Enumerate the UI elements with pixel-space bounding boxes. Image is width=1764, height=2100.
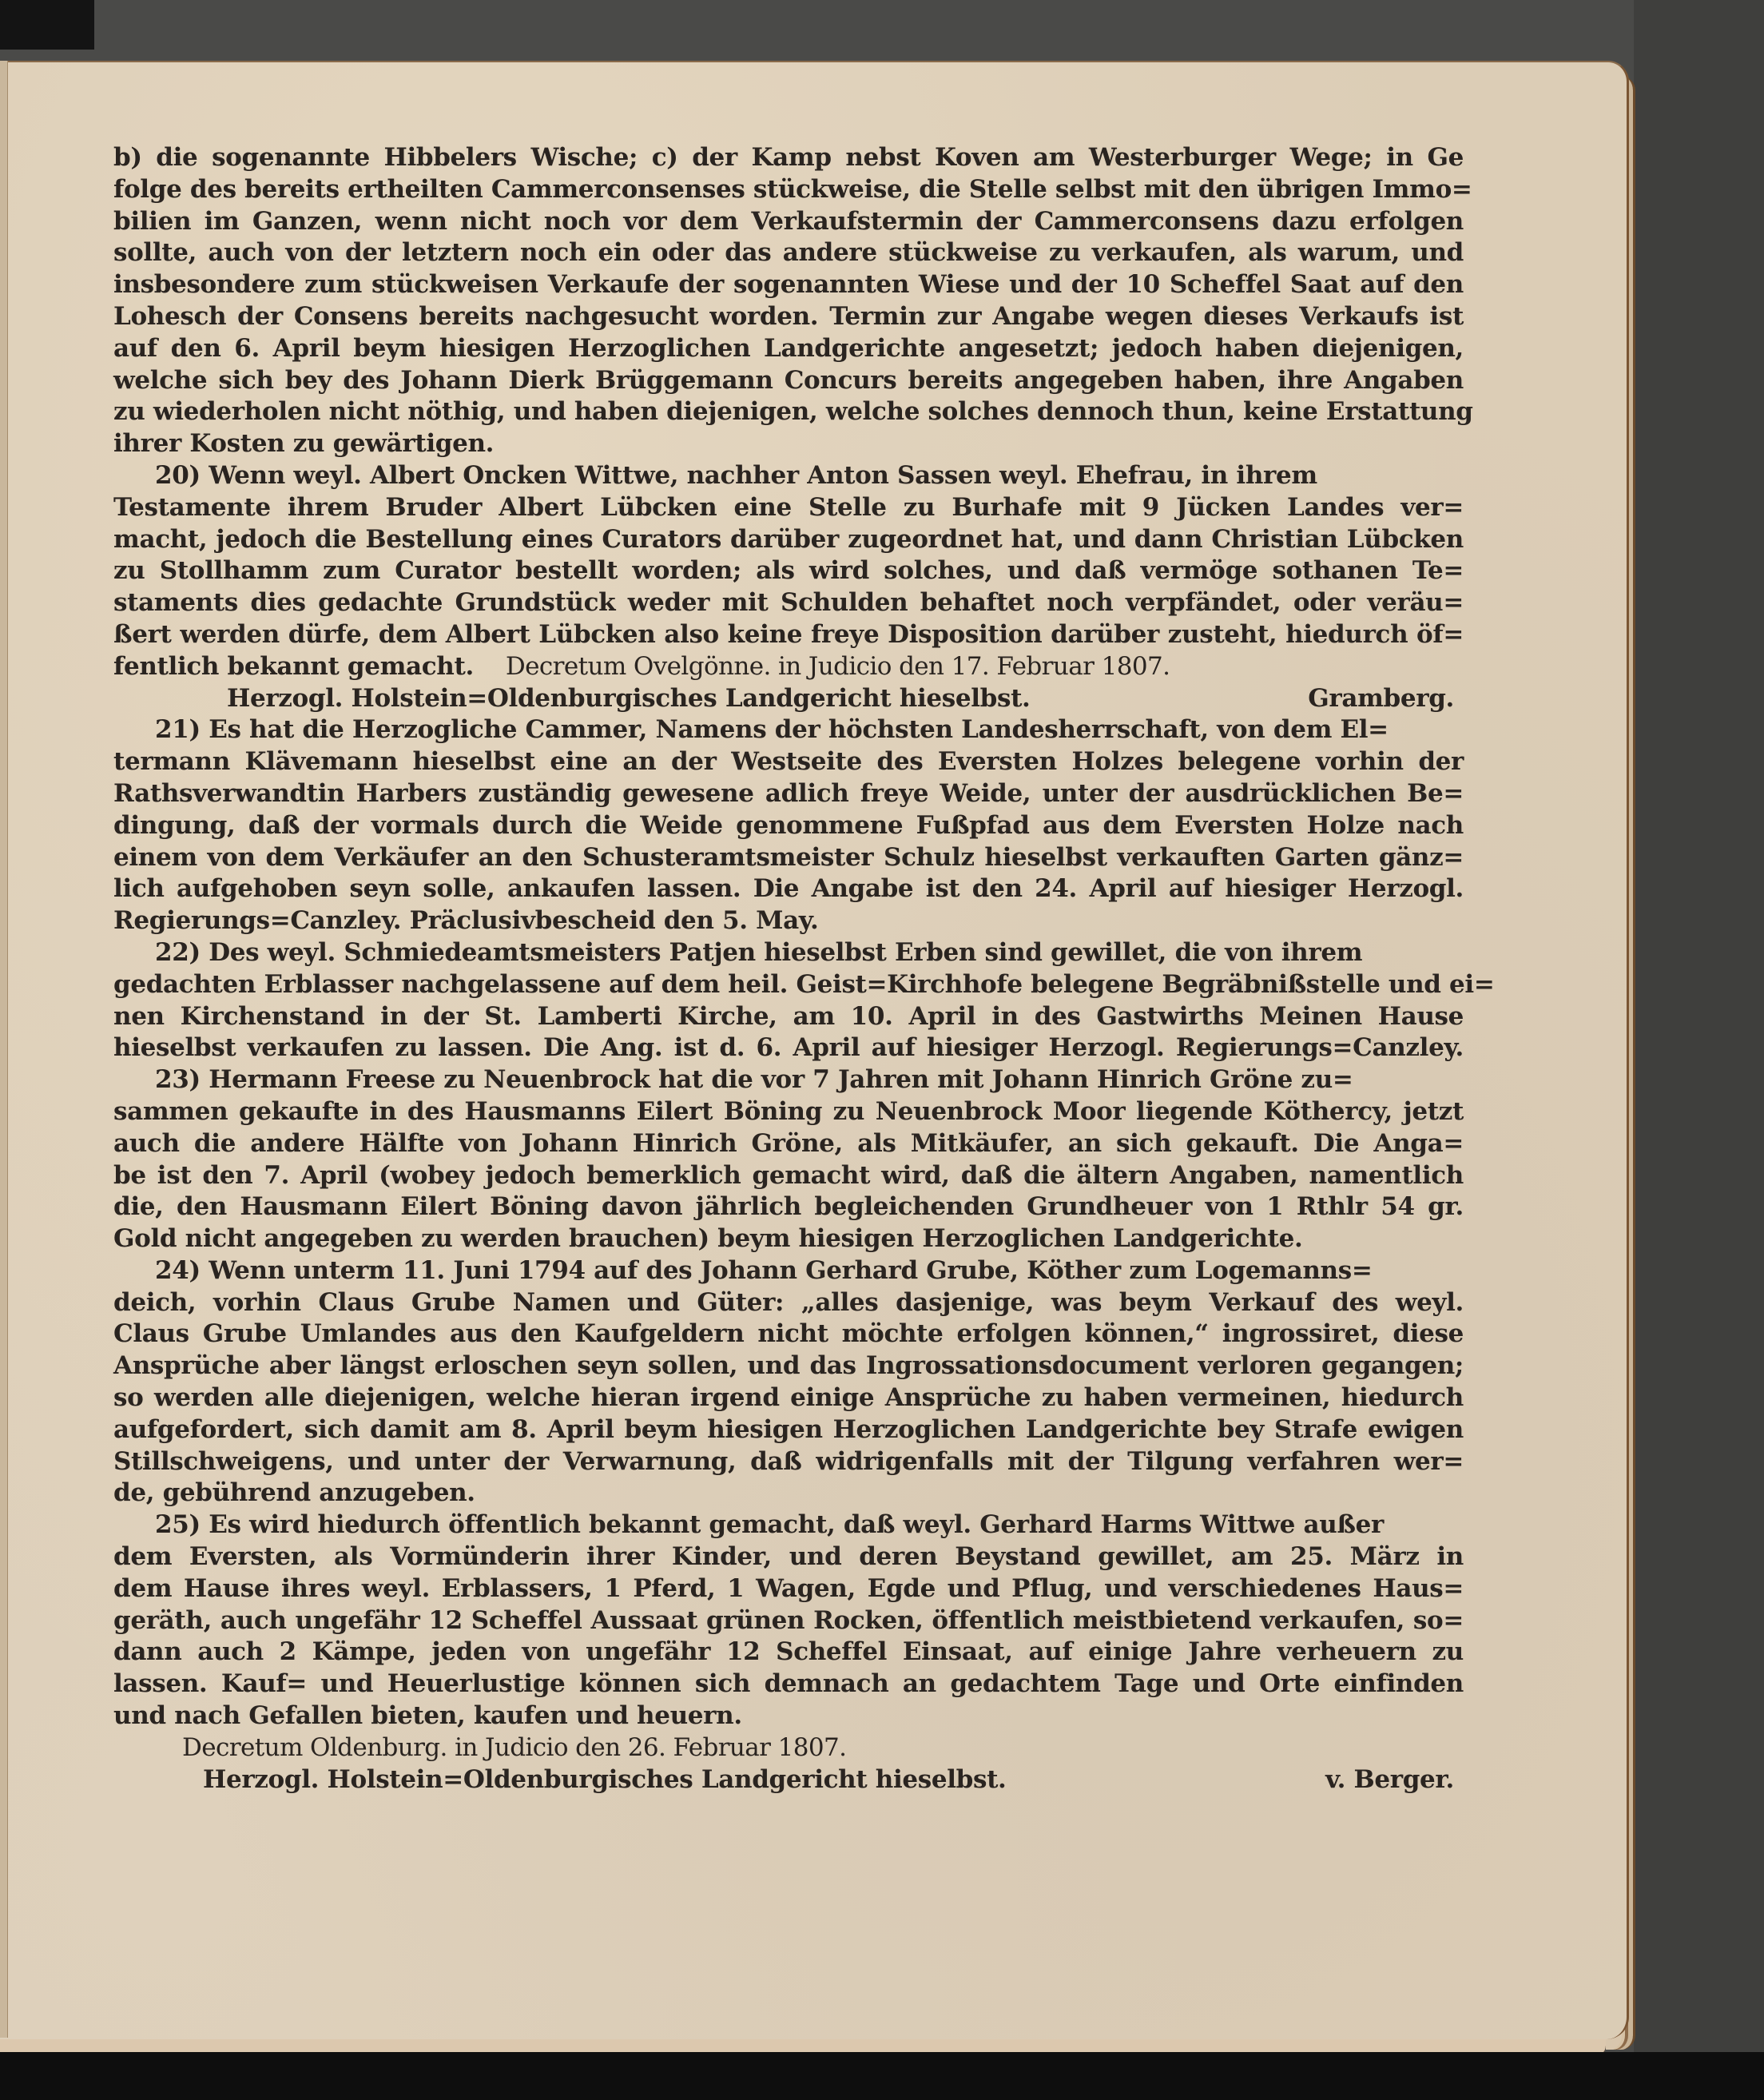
line-text: dem Eversten, als Vormünderin ihrer Kind… bbox=[113, 1541, 1464, 1573]
line-text: macht, jedoch die Bestellung eines Curat… bbox=[113, 524, 1464, 556]
text-line: staments dies gedachte Grundstück weder … bbox=[113, 587, 1464, 619]
text-line: nen Kirchenstand in der St. Lamberti Kir… bbox=[113, 1001, 1464, 1033]
line-text: 24) Wenn unterm 11. Juni 1794 auf des Jo… bbox=[113, 1255, 1372, 1287]
line-text: zu wiederholen nicht nöthig, und haben d… bbox=[113, 396, 1464, 428]
line-text: be ist den 7. April (wobey jedoch bemerk… bbox=[113, 1160, 1464, 1192]
text-line: so werden alle diejenigen, welche hieran… bbox=[113, 1382, 1464, 1414]
text-line: de, gebührend anzugeben. bbox=[113, 1478, 1464, 1509]
scanner-backdrop-right bbox=[1634, 0, 1764, 2100]
text-line: ihrer Kosten zu gewärtigen. bbox=[113, 428, 1464, 460]
line-text: Gold nicht angegeben zu werden brauchen)… bbox=[113, 1223, 1302, 1255]
line-text: deich, vorhin Claus Grube Namen und Güte… bbox=[113, 1287, 1464, 1319]
line-text: b) die sogenannte Hibbelers Wische; c) d… bbox=[113, 142, 1464, 174]
line-text: auf den 6. April beym hiesigen Herzoglic… bbox=[113, 333, 1464, 365]
line-text: gedachten Erblasser nachgelassene auf de… bbox=[113, 969, 1464, 1001]
line-text: aufgefordert, sich damit am 8. April bey… bbox=[113, 1414, 1464, 1446]
text-line: sammen gekaufte in des Hausmanns Eilert … bbox=[113, 1096, 1464, 1128]
scanner-backdrop-bottom bbox=[0, 2052, 1764, 2100]
text-line: dem Hause ihres weyl. Erblassers, 1 Pfer… bbox=[113, 1573, 1464, 1605]
text-line: deich, vorhin Claus Grube Namen und Güte… bbox=[113, 1287, 1464, 1319]
text-line: hieselbst verkaufen zu lassen. Die Ang. … bbox=[113, 1032, 1464, 1064]
text-line: bilien im Ganzen, wenn nicht noch vor de… bbox=[113, 206, 1464, 238]
line-text: Regierungs=Canzley. Präclusivbescheid de… bbox=[113, 905, 818, 937]
decree-text: Decretum Oldenburg. in Judicio den 26. F… bbox=[182, 1732, 846, 1764]
line-text: einem von dem Verkäufer an den Schustera… bbox=[113, 842, 1464, 874]
decree-text: Decretum Ovelgönne. in Judicio den 17. F… bbox=[474, 651, 1170, 683]
line-text: Ansprüche aber längst erloschen seyn sol… bbox=[113, 1350, 1464, 1382]
signature-line: Herzogl. Holstein=Oldenburgisches Landge… bbox=[113, 683, 1464, 715]
paragraph-start-line: 22) Des weyl. Schmiedeamtsmeisters Patje… bbox=[113, 937, 1464, 969]
court-name: Herzogl. Holstein=Oldenburgisches Landge… bbox=[113, 1764, 1007, 1796]
text-line: zu Stollhamm zum Curator bestellt worden… bbox=[113, 555, 1464, 587]
text-line: sollte, auch von der letztern noch ein o… bbox=[113, 237, 1464, 269]
paragraph-start-line: 24) Wenn unterm 11. Juni 1794 auf des Jo… bbox=[113, 1255, 1464, 1287]
text-line: gedachten Erblasser nachgelassene auf de… bbox=[113, 969, 1464, 1001]
text-line: Lohesch der Consens bereits nachgesucht … bbox=[113, 301, 1464, 333]
text-line: be ist den 7. April (wobey jedoch bemerk… bbox=[113, 1160, 1464, 1192]
paragraph-start-line: 23) Hermann Freese zu Neuenbrock hat die… bbox=[113, 1064, 1464, 1096]
line-text: 21) Es hat die Herzogliche Cammer, Namen… bbox=[113, 714, 1389, 746]
line-text: 20) Wenn weyl. Albert Oncken Wittwe, nac… bbox=[113, 460, 1317, 492]
line-text: welche sich bey des Johann Dierk Brüggem… bbox=[113, 365, 1464, 397]
text-line: und nach Gefallen bieten, kaufen und heu… bbox=[113, 1700, 1464, 1732]
text-line: dingung, daß der vormals durch die Weide… bbox=[113, 810, 1464, 842]
line-text: Lohesch der Consens bereits nachgesucht … bbox=[113, 301, 1464, 333]
binding-strip bbox=[0, 61, 8, 2038]
text-line: dann auch 2 Kämpe, jeden von ungefähr 12… bbox=[113, 1637, 1464, 1668]
line-text: Testamente ihrem Bruder Albert Lübcken e… bbox=[113, 492, 1464, 524]
text-line: lich aufgehoben seyn solle, ankaufen las… bbox=[113, 873, 1464, 905]
text-line: ßert werden dürfe, dem Albert Lübcken al… bbox=[113, 619, 1464, 651]
paragraph-start-line: 20) Wenn weyl. Albert Oncken Wittwe, nac… bbox=[113, 460, 1464, 492]
text-line: die, den Hausmann Eilert Böning davon jä… bbox=[113, 1191, 1464, 1223]
line-text: Rathsverwandtin Harbers zuständig gewese… bbox=[113, 778, 1464, 810]
text-line: auf den 6. April beym hiesigen Herzoglic… bbox=[113, 333, 1464, 365]
line-text: lich aufgehoben seyn solle, ankaufen las… bbox=[113, 873, 1464, 905]
line-text: fentlich bekannt gemacht. bbox=[113, 651, 474, 683]
text-line: Stillschweigens, und unter der Verwarnun… bbox=[113, 1446, 1464, 1478]
line-text: ßert werden dürfe, dem Albert Lübcken al… bbox=[113, 619, 1464, 651]
decree-line: Decretum Oldenburg. in Judicio den 26. F… bbox=[113, 1732, 1464, 1764]
line-text: folge des bereits ertheilten Cammerconse… bbox=[113, 174, 1464, 206]
text-line: einem von dem Verkäufer an den Schustera… bbox=[113, 842, 1464, 874]
text-line: aufgefordert, sich damit am 8. April bey… bbox=[113, 1414, 1464, 1446]
text-line: b) die sogenannte Hibbelers Wische; c) d… bbox=[113, 142, 1464, 174]
text-line: auch die andere Hälfte von Johann Hinric… bbox=[113, 1128, 1464, 1160]
text-line: Claus Grube Umlandes aus den Kaufgeldern… bbox=[113, 1318, 1464, 1350]
line-text: dingung, daß der vormals durch die Weide… bbox=[113, 810, 1464, 842]
line-text: 25) Es wird hiedurch öffentlich bekannt … bbox=[113, 1509, 1384, 1541]
text-line: Ansprüche aber längst erloschen seyn sol… bbox=[113, 1350, 1464, 1382]
text-line: Testamente ihrem Bruder Albert Lübcken e… bbox=[113, 492, 1464, 524]
line-text: zu Stollhamm zum Curator bestellt worden… bbox=[113, 555, 1464, 587]
text-line: Gold nicht angegeben zu werden brauchen)… bbox=[113, 1223, 1464, 1255]
line-text: staments dies gedachte Grundstück weder … bbox=[113, 587, 1464, 619]
line-text: auch die andere Hälfte von Johann Hinric… bbox=[113, 1128, 1464, 1160]
line-text: ihrer Kosten zu gewärtigen. bbox=[113, 428, 494, 460]
line-text: lassen. Kauf= und Heuerlustige können si… bbox=[113, 1668, 1464, 1700]
line-text: 23) Hermann Freese zu Neuenbrock hat die… bbox=[113, 1064, 1353, 1096]
text-line: dem Eversten, als Vormünderin ihrer Kind… bbox=[113, 1541, 1464, 1573]
line-text: sollte, auch von der letztern noch ein o… bbox=[113, 237, 1464, 269]
line-text: nen Kirchenstand in der St. Lamberti Kir… bbox=[113, 1001, 1464, 1033]
signature-line: Herzogl. Holstein=Oldenburgisches Landge… bbox=[113, 1764, 1464, 1796]
line-text: hieselbst verkaufen zu lassen. Die Ang. … bbox=[113, 1032, 1464, 1064]
text-line: Regierungs=Canzley. Präclusivbescheid de… bbox=[113, 905, 1464, 937]
line-text: dem Hause ihres weyl. Erblassers, 1 Pfer… bbox=[113, 1573, 1464, 1605]
line-text: termann Klävemann hieselbst eine an der … bbox=[113, 746, 1464, 778]
line-text: dann auch 2 Kämpe, jeden von ungefähr 12… bbox=[113, 1637, 1464, 1668]
line-text: so werden alle diejenigen, welche hieran… bbox=[113, 1382, 1464, 1414]
line-text: insbesondere zum stückweisen Verkaufe de… bbox=[113, 269, 1464, 301]
line-text: bilien im Ganzen, wenn nicht noch vor de… bbox=[113, 206, 1464, 238]
page-text: b) die sogenannte Hibbelers Wische; c) d… bbox=[113, 142, 1464, 1796]
line-text: Stillschweigens, und unter der Verwarnun… bbox=[113, 1446, 1464, 1478]
line-text: de, gebührend anzugeben. bbox=[113, 1478, 475, 1509]
text-line: termann Klävemann hieselbst eine an der … bbox=[113, 746, 1464, 778]
line-text: geräth, auch ungefähr 12 Scheffel Aussaa… bbox=[113, 1605, 1464, 1637]
line-text: und nach Gefallen bieten, kaufen und heu… bbox=[113, 1700, 742, 1732]
text-line: folge des bereits ertheilten Cammerconse… bbox=[113, 174, 1464, 206]
text-line: fentlich bekannt gemacht.Decretum Ovelgö… bbox=[113, 651, 1464, 683]
signer-name: Gramberg. bbox=[1308, 683, 1464, 715]
line-text: Claus Grube Umlandes aus den Kaufgeldern… bbox=[113, 1318, 1464, 1350]
text-line: zu wiederholen nicht nöthig, und haben d… bbox=[113, 396, 1464, 428]
line-text: die, den Hausmann Eilert Böning davon jä… bbox=[113, 1191, 1464, 1223]
text-line: macht, jedoch die Bestellung eines Curat… bbox=[113, 524, 1464, 556]
scanner-backdrop-top-left bbox=[0, 0, 94, 50]
line-text: sammen gekaufte in des Hausmanns Eilert … bbox=[113, 1096, 1464, 1128]
signer-name: v. Berger. bbox=[1325, 1764, 1464, 1796]
court-name: Herzogl. Holstein=Oldenburgisches Landge… bbox=[113, 683, 1031, 715]
text-line: Rathsverwandtin Harbers zuständig gewese… bbox=[113, 778, 1464, 810]
text-line: insbesondere zum stückweisen Verkaufe de… bbox=[113, 269, 1464, 301]
paragraph-start-line: 25) Es wird hiedurch öffentlich bekannt … bbox=[113, 1509, 1464, 1541]
line-text: 22) Des weyl. Schmiedeamtsmeisters Patje… bbox=[113, 937, 1362, 969]
text-line: lassen. Kauf= und Heuerlustige können si… bbox=[113, 1668, 1464, 1700]
text-line: geräth, auch ungefähr 12 Scheffel Aussaa… bbox=[113, 1605, 1464, 1637]
paragraph-start-line: 21) Es hat die Herzogliche Cammer, Namen… bbox=[113, 714, 1464, 746]
text-line: welche sich bey des Johann Dierk Brüggem… bbox=[113, 365, 1464, 397]
